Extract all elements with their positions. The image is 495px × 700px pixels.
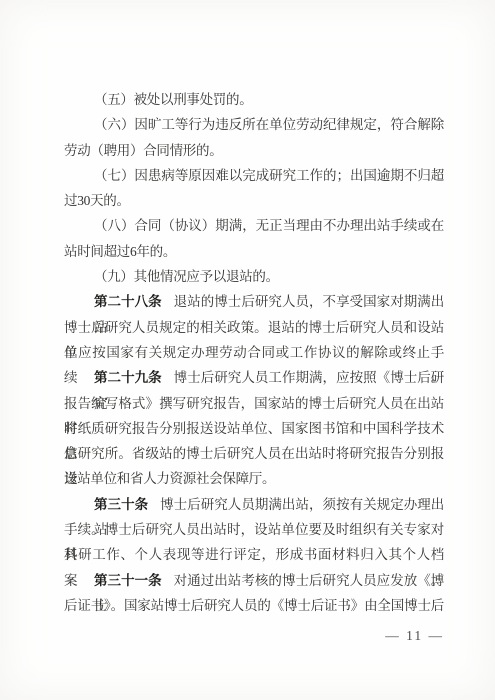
text-line: 博士后研究人员规定的相关政策。退站的博士后研究人员和设站单 [64, 315, 444, 340]
text-line: 站时间超过6年的。 [64, 239, 444, 264]
article-number: 第二十八条 [94, 294, 162, 309]
text-line: 息研究所。省级站的博士后研究人员在出站时将研究报告分别报送 [64, 441, 444, 466]
line-text: （七）因患病等原因难以完成研究工作的；出国逾期不归超 [94, 168, 444, 183]
text-line: 报告编写格式》撰写研究报告，国家站的博士后研究人员在出站时 [64, 391, 444, 416]
text-line: 后证书》。国家站博士后研究人员的《博士后证书》由全国博士后 [64, 593, 444, 618]
document-body: （五）被处以刑事处罚的。（六）因旷工等行为违反所在单位劳动纪律规定，符合解除劳动… [64, 87, 444, 618]
text-line: （五）被处以刑事处罚的。 [64, 87, 444, 112]
article-number: 第二十九条 [94, 370, 162, 385]
text-line: 科研工作、个人表现等进行评定，形成书面材料归入其个人档案。 [64, 542, 444, 567]
text-line: 第二十九条博士后研究人员工作期满，应按照《博士后研究 [64, 365, 444, 390]
page-number: — 11 — [385, 627, 444, 645]
text-line: 第二十八条退站的博士后研究人员，不享受国家对期满出站 [64, 289, 444, 314]
line-text: 后证书》。国家站博士后研究人员的《博士后证书》由全国博士后 [64, 598, 444, 613]
document-page: （五）被处以刑事处罚的。（六）因旷工等行为违反所在单位劳动纪律规定，符合解除劳动… [0, 0, 495, 700]
text-line: 过30天的。 [64, 188, 444, 213]
line-text: 劳动（聘用）合同情形的。 [64, 143, 222, 158]
line-text: （九）其他情况应予以退站的。 [94, 269, 279, 284]
line-text: 设站单位和省人力资源社会保障厅。 [64, 471, 275, 486]
line-text: （八）合同（协议）期满，无正当理由不办理出站手续或在 [94, 218, 444, 233]
text-line: 位应按国家有关规定办理劳动合同或工作协议的解除或终止手续。 [64, 340, 444, 365]
text-line: （九）其他情况应予以退站的。 [64, 264, 444, 289]
text-line: 劳动（聘用）合同情形的。 [64, 138, 444, 163]
line-text: （六）因旷工等行为违反所在单位劳动纪律规定，符合解除 [94, 117, 444, 132]
text-line: （六）因旷工等行为违反所在单位劳动纪律规定，符合解除 [64, 112, 444, 137]
text-line: 将纸质研究报告分别报送设站单位、国家图书馆和中国科学技术信 [64, 416, 444, 441]
text-line: 设站单位和省人力资源社会保障厅。 [64, 466, 444, 491]
line-text: 站时间超过6年的。 [64, 244, 176, 259]
text-line: （七）因患病等原因难以完成研究工作的；出国逾期不归超 [64, 163, 444, 188]
article-number: 第三十一条 [94, 573, 162, 588]
text-line: 第三十条博士后研究人员期满出站，须按有关规定办理出站 [64, 492, 444, 517]
text-line: 手续。博士后研究人员出站时，设站单位要及时组织有关专家对其 [64, 517, 444, 542]
line-text: （五）被处以刑事处罚的。 [94, 92, 252, 107]
text-line: （八）合同（协议）期满，无正当理由不办理出站手续或在 [64, 213, 444, 238]
article-number: 第三十条 [94, 497, 148, 512]
text-line: 第三十一条对通过出站考核的博士后研究人员应发放《博士 [64, 568, 444, 593]
line-text: 过30天的。 [64, 193, 130, 208]
